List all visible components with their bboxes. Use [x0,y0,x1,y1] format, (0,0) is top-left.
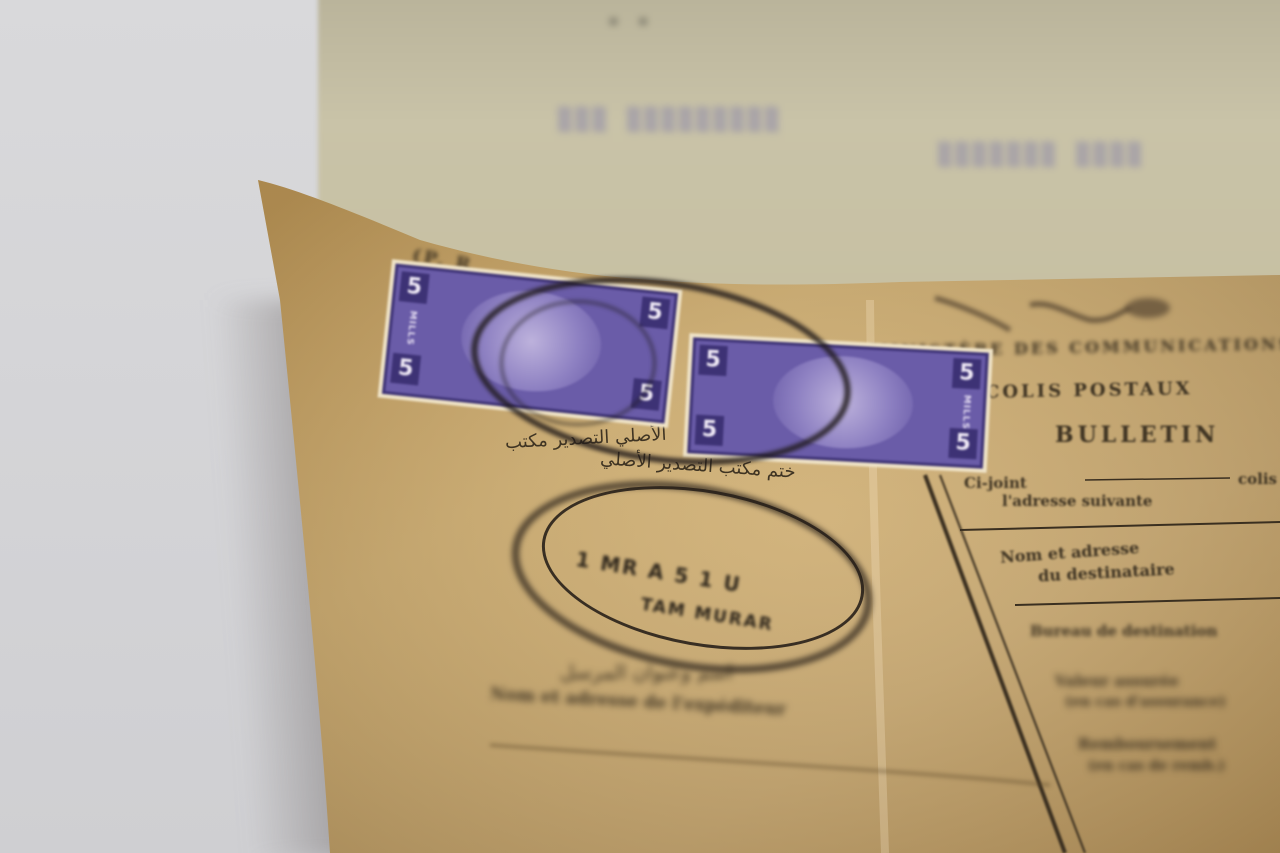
stamp-unit: MILLS [960,394,972,430]
form-service: COLIS POSTAUX [985,378,1193,403]
photo-scene: ▪ ▪ ▒▒▒ ▒▒▒▒▒▒▒▒▒ ▒▒▒▒▒▒▒ ▒▒▒▒ [0,0,1280,853]
stamp-value-top-right: 5 [952,358,982,389]
form-title: BULLETIN [1055,422,1219,448]
field-ci-joint: Ci-joint [964,474,1027,492]
stamp-value-bottom-right: 5 [948,428,978,459]
field-adresse-suivante: l'adresse suivante [1002,492,1152,510]
field-bureau-destination: Bureau de destination [1030,622,1217,640]
stamp-value-top: 5 [399,271,430,304]
postal-form-card: (P. R MINISTÈRE DES COMMUNICATIONS COLIS… [0,0,1280,853]
field-valeur: Valeur assurée [1055,672,1179,690]
field-remboursement: Remboursement [1078,735,1216,753]
stamp-value-bottom: 5 [390,353,421,386]
field-remboursement-note: (en cas de remb.) [1088,758,1225,774]
postmark-inner [500,300,656,426]
field-colis: colis [1238,470,1277,488]
stamp-unit: MILLS [404,310,418,346]
field-valeur-note: (en cas d'assurance) [1065,694,1226,710]
